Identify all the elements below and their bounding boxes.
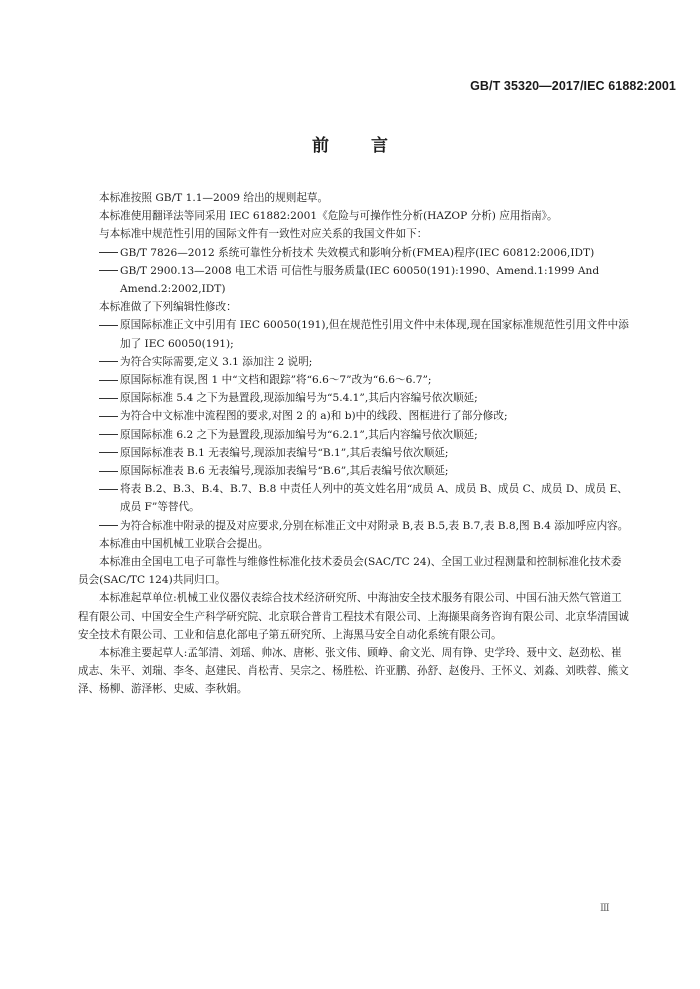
paragraph-drafting-units: 本标准起草单位:机械工业仪器仪表综合技术经济研究所、中海油安全技术服务有限公司、… (78, 589, 629, 644)
title-char-2: 言 (371, 131, 388, 156)
paragraph-proposer: 本标准由中国机械工业联合会提出。 (99, 535, 629, 553)
paragraph-drafters: 本标准主要起草人:孟邹清、刘瑶、帅冰、唐彬、张文伟、顾峥、俞文光、周有铮、史学玲… (78, 644, 629, 699)
change-item: 为符合实际需要,定义 3.1 添加注 2 说明; (99, 353, 629, 371)
reference-item: GB/T 2900.13—2008 电工术语 可信性与服务质量(IEC 6005… (99, 262, 629, 298)
dash-mark (99, 262, 120, 280)
change-item: 为符合标准中附录的提及对应要求,分别在标准正文中对附录 B,表 B.5,表 B.… (99, 517, 629, 535)
standard-code-header: GB/T 35320—2017/IEC 61882:2001 (470, 79, 676, 93)
paragraph-references-intro: 与本标准中规范性引用的国际文件有一致性对应关系的我国文件如下： (99, 225, 629, 243)
change-item: 原国际标准 6.2 之下为悬置段,现添加编号为“6.2.1”,其后内容编号依次顺… (99, 426, 629, 444)
foreword-body: 本标准按照 GB/T 1.1—2009 给出的规则起草。 本标准使用翻译法等同采… (99, 189, 629, 699)
reference-item: GB/T 7826—2012 系统可靠性分析技术 失效模式和影响分析(FMEA)… (99, 244, 629, 262)
change-item: 原国际标准正文中引用有 IEC 60050(191),但在规范性引用文件中未体现… (99, 316, 629, 352)
title-char-1: 前 (312, 131, 329, 156)
page-number: Ⅲ (600, 903, 610, 914)
change-item: 为符合中文标准中流程图的要求,对图 2 的 a)和 b)中的线段、图框进行了部分… (99, 407, 629, 425)
paragraph-changes-intro: 本标准做了下列编辑性修改： (99, 298, 629, 316)
change-item: 原国际标准表 B.1 无表编号,现添加表编号“B.1”,其后表编号依次顺延; (99, 444, 629, 462)
change-item: 原国际标准有误,图 1 中“文档和跟踪”将“6.6～7”改为“6.6～6.7”; (99, 371, 629, 389)
change-item: 原国际标准 5.4 之下为悬置段,现添加编号为“5.4.1”,其后内容编号依次顺… (99, 389, 629, 407)
page-title: 前言 (0, 131, 700, 156)
paragraph-adoption: 本标准使用翻译法等同采用 IEC 61882:2001《危险与可操作性分析(HA… (99, 207, 629, 225)
paragraph-drafting-rules: 本标准按照 GB/T 1.1—2009 给出的规则起草。 (99, 189, 629, 207)
dash-mark (99, 244, 120, 262)
paragraph-committee: 本标准由全国电工电子可靠性与维修性标准化技术委员会(SAC/TC 24)、全国工… (78, 553, 629, 589)
change-item: 将表 B.2、B.3、B.4、B.7、B.8 中责任人列中的英文姓名用“成员 A… (99, 480, 629, 516)
change-item: 原国际标准表 B.6 无表编号,现添加表编号“B.6”,其后表编号依次顺延; (99, 462, 629, 480)
